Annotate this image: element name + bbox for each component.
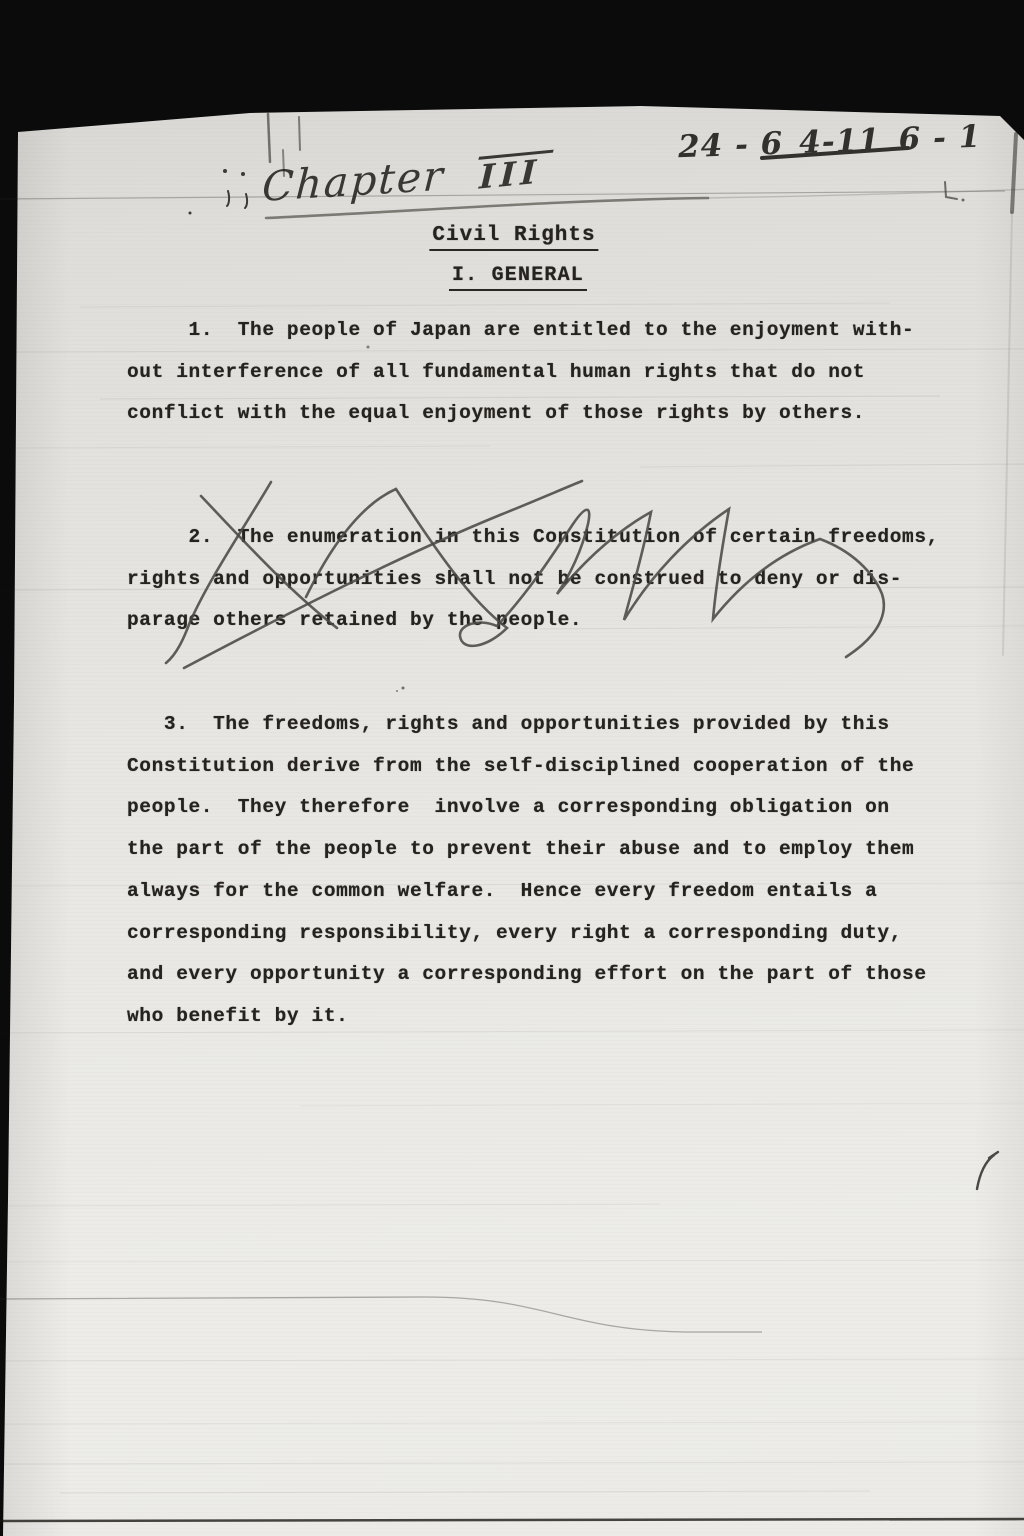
chapter-numeral: III — [470, 150, 554, 197]
paragraph-1: 1. The people of Japan are entitled to t… — [127, 310, 972, 435]
corner-code-part3: 6 - 1 — [898, 119, 982, 158]
corner-code-part1: 24 - 6 — [677, 126, 783, 166]
document-title: Civil Rights — [429, 224, 598, 251]
section-heading: I. GENERAL — [449, 264, 587, 291]
scanned-document: 24 - 64-116 - 1 ChapterIII Civil Rights … — [0, 0, 1024, 1536]
corner-code-struck: 4-11 — [799, 122, 882, 161]
paragraph-2-struck: 2. The enumeration in this Constitution … — [127, 517, 972, 642]
paragraph-3: 3. The freedoms, rights and opportunitie… — [127, 704, 977, 1038]
